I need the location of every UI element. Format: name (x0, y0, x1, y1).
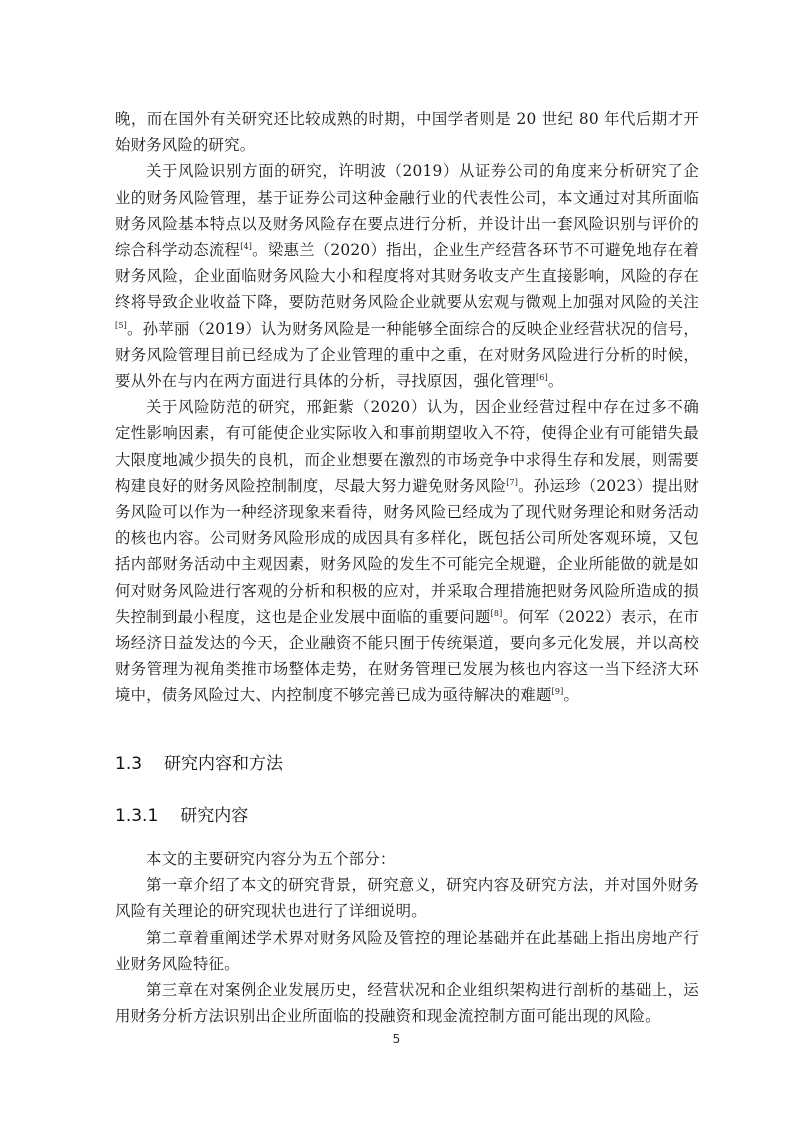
citation-4: [4] (240, 242, 252, 251)
research-content-section: 本文的主要研究内容分为五个部分： 第一章介绍了本文的研究背景，研究意义，研究内容… (115, 846, 699, 1029)
paragraph-risk-prevention: 关于风险防范的研究，邢鉅紫（2020）认为，因企业经营过程中存在过多不确定性影响… (115, 394, 699, 708)
paragraph-content-intro: 本文的主要研究内容分为五个部分： (115, 846, 699, 872)
subsection-number: 1.3.1 (115, 806, 158, 826)
subsection-heading-1-3-1: 1.3.1研究内容 (115, 801, 248, 826)
paragraph-text: 。孙苹丽（2019）认为财务风险是一种能够全面综合的反映企业经营状况的信号，财务… (115, 320, 699, 390)
paragraph-text: 晚，而在国外有关研究还比较成熟的时期，中国学者则是 20 世纪 80 年代后期才… (115, 110, 699, 154)
page-number: 5 (0, 1032, 793, 1046)
section-heading-1-3: 1.3研究内容和方法 (115, 749, 283, 774)
paragraph-intro-end: 晚，而在国外有关研究还比较成熟的时期，中国学者则是 20 世纪 80 年代后期才… (115, 106, 699, 158)
paragraph-chapter-3: 第三章在对案例企业发展历史，经营状况和企业组织架构进行剖析的基础上，运用财务分析… (115, 977, 699, 1029)
paragraph-chapter-2: 第二章着重阐述学术界对财务风险及管控的理论基础并在此基础上指出房地产行业财务风险… (115, 925, 699, 977)
citation-6: [6] (536, 373, 548, 382)
paragraph-text: 。 (563, 686, 579, 704)
document-page: 晚，而在国外有关研究还比较成熟的时期，中国学者则是 20 世纪 80 年代后期才… (0, 0, 793, 1122)
paragraph-risk-identification: 关于风险识别方面的研究，许明波（2019）从证券公司的角度来分析研究了企业的财务… (115, 158, 699, 394)
section-number: 1.3 (115, 754, 142, 774)
citation-8: [8] (491, 609, 503, 618)
citation-5: [5] (115, 321, 127, 330)
section-title: 研究内容和方法 (164, 754, 283, 774)
paragraph-chapter-1: 第一章介绍了本文的研究背景，研究意义，研究内容及研究方法，并对国外财务风险有关理… (115, 872, 699, 924)
subsection-title: 研究内容 (180, 806, 248, 826)
paragraph-text: 。 (548, 372, 564, 390)
paragraph-text: 。孙运珍（2023）提出财务风险可以作为一种经济现象来看待，财务风险已经成为了现… (115, 477, 699, 626)
citation-9: [9] (552, 687, 564, 696)
literature-review-section: 晚，而在国外有关研究还比较成熟的时期，中国学者则是 20 世纪 80 年代后期才… (115, 106, 699, 709)
citation-7: [7] (506, 478, 518, 487)
